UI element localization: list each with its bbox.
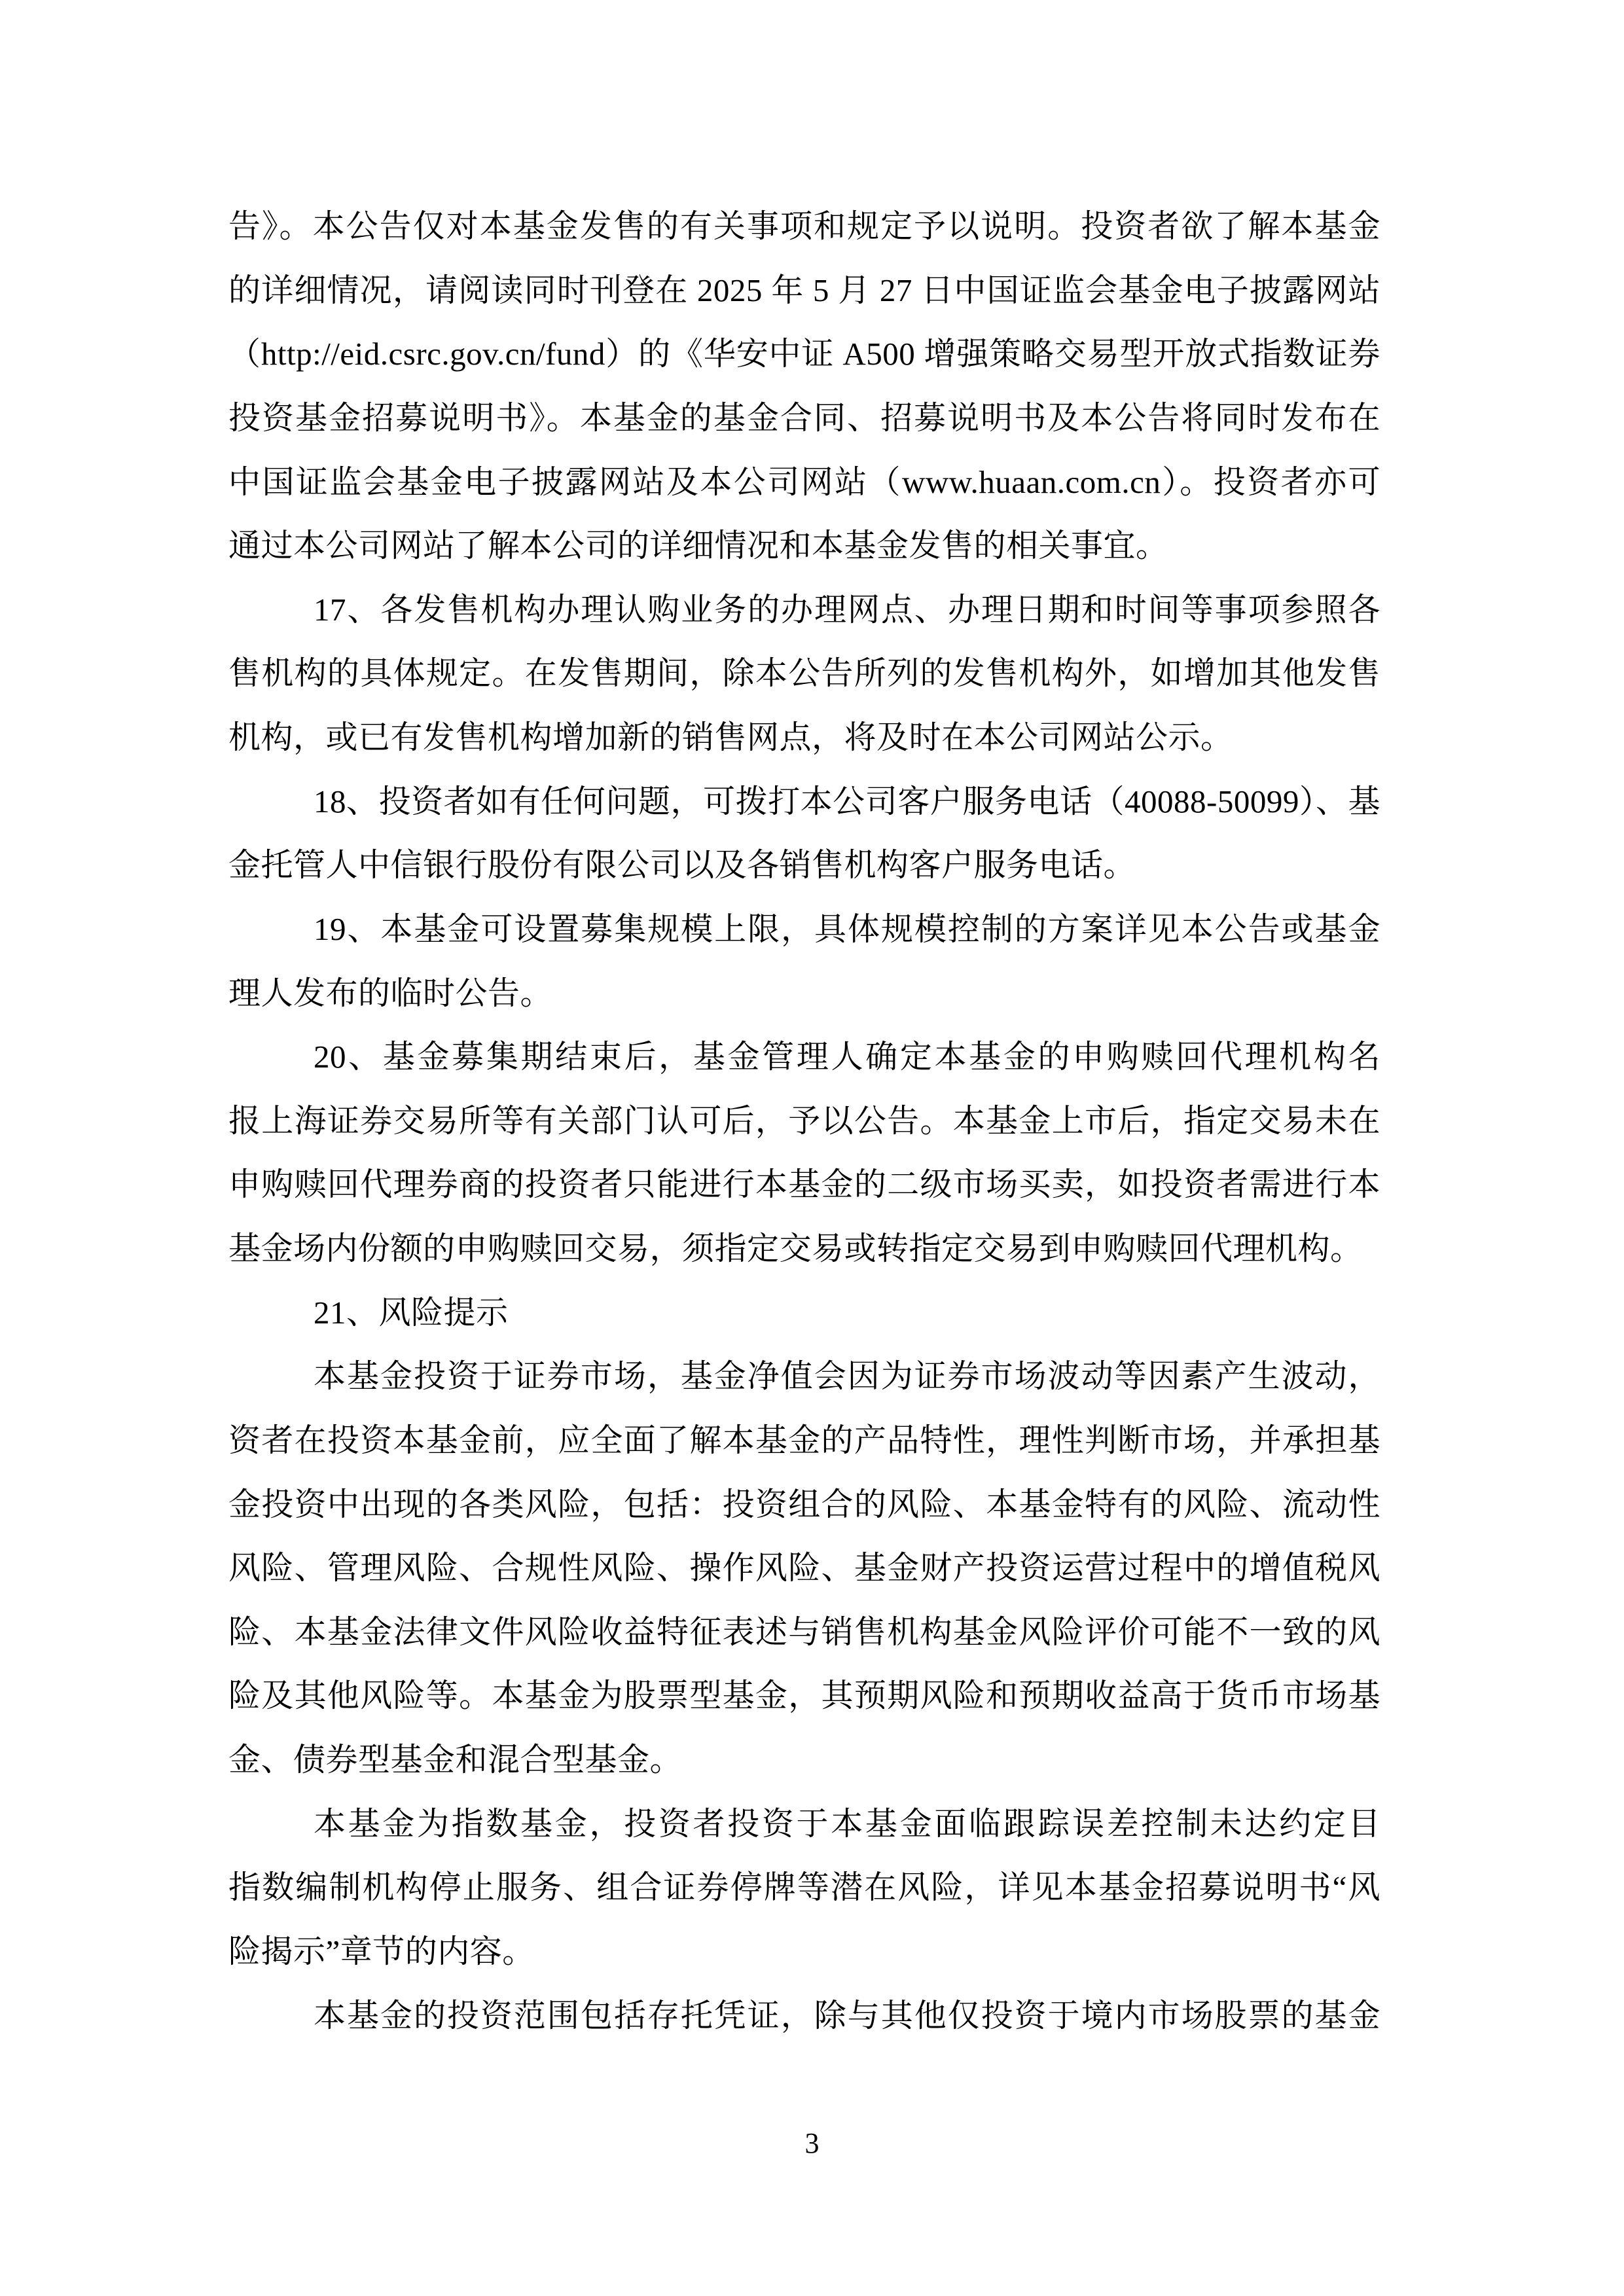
text-line: 18、投资者如有任何问题，可拨打本公司客户服务电话（40088-50099）、基: [228, 770, 1380, 834]
body-text: 告》。本公告仅对本基金发售的有关事项和规定予以说明。投资者欲了解本基金的详细情况…: [228, 194, 1380, 2047]
text-line: 本基金的投资范围包括存托凭证，除与其他仅投资于境内市场股票的基金所: [228, 1984, 1380, 2048]
text-line: 险揭示”章节的内容。: [228, 1920, 1380, 1984]
text-line: 的详细情况，请阅读同时刊登在 2025 年 5 月 27 日中国证监会基金电子披…: [228, 259, 1380, 323]
document-page: 告》。本公告仅对本基金发售的有关事项和规定予以说明。投资者欲了解本基金的详细情况…: [0, 0, 1624, 2296]
text-line: 通过本公司网站了解本公司的详细情况和本基金发售的相关事宜。: [228, 514, 1380, 578]
text-line: 售机构的具体规定。在发售期间，除本公告所列的发售机构外，如增加其他发售: [228, 641, 1380, 706]
text-line: 17、各发售机构办理认购业务的办理网点、办理日期和时间等事项参照各发: [228, 578, 1380, 642]
text-line: 指数编制机构停止服务、组合证券停牌等潜在风险，详见本基金招募说明书“风: [228, 1856, 1380, 1920]
text-line: 告》。本公告仅对本基金发售的有关事项和规定予以说明。投资者欲了解本基金: [228, 194, 1380, 259]
text-line: 险及其他风险等。本基金为股票型基金，其预期风险和预期收益高于货币市场基: [228, 1664, 1380, 1728]
text-line: 机构，或已有发售机构增加新的销售网点，将及时在本公司网站公示。: [228, 706, 1380, 770]
text-line: 21、风险提示: [228, 1281, 1380, 1345]
text-line: 中国证监会基金电子披露网站及本公司网站（www.huaan.com.cn）。投资…: [228, 450, 1380, 514]
page-number: 3: [0, 2127, 1624, 2160]
text-line: 险、本基金法律文件风险收益特征表述与销售机构基金风险评价可能不一致的风: [228, 1600, 1380, 1664]
text-line: 报上海证券交易所等有关部门认可后，予以公告。本基金上市后，指定交易未在: [228, 1089, 1380, 1153]
text-line: （http://eid.csrc.gov.cn/fund）的《华安中证 A500…: [228, 322, 1380, 386]
text-line: 金托管人中信银行股份有限公司以及各销售机构客户服务电话。: [228, 833, 1380, 897]
text-line: 金、债券型基金和混合型基金。: [228, 1728, 1380, 1792]
text-line: 本基金为指数基金，投资者投资于本基金面临跟踪误差控制未达约定目标、: [228, 1792, 1380, 1856]
text-line: 投资基金招募说明书》。本基金的基金合同、招募说明书及本公告将同时发布在: [228, 386, 1380, 450]
text-line: 本基金投资于证券市场，基金净值会因为证券市场波动等因素产生波动，投: [228, 1344, 1380, 1408]
text-line: 19、本基金可设置募集规模上限，具体规模控制的方案详见本公告或基金管: [228, 897, 1380, 961]
text-line: 20、基金募集期结束后，基金管理人确定本基金的申购赎回代理机构名单，: [228, 1025, 1380, 1089]
text-line: 申购赎回代理券商的投资者只能进行本基金的二级市场买卖，如投资者需进行本: [228, 1153, 1380, 1217]
text-line: 基金场内份额的申购赎回交易，须指定交易或转指定交易到申购赎回代理机构。: [228, 1217, 1380, 1281]
text-line: 资者在投资本基金前，应全面了解本基金的产品特性，理性判断市场，并承担基: [228, 1408, 1380, 1473]
text-line: 金投资中出现的各类风险，包括：投资组合的风险、本基金特有的风险、流动性: [228, 1473, 1380, 1537]
text-line: 理人发布的临时公告。: [228, 961, 1380, 1026]
text-line: 风险、管理风险、合规性风险、操作风险、基金财产投资运营过程中的增值税风: [228, 1536, 1380, 1600]
